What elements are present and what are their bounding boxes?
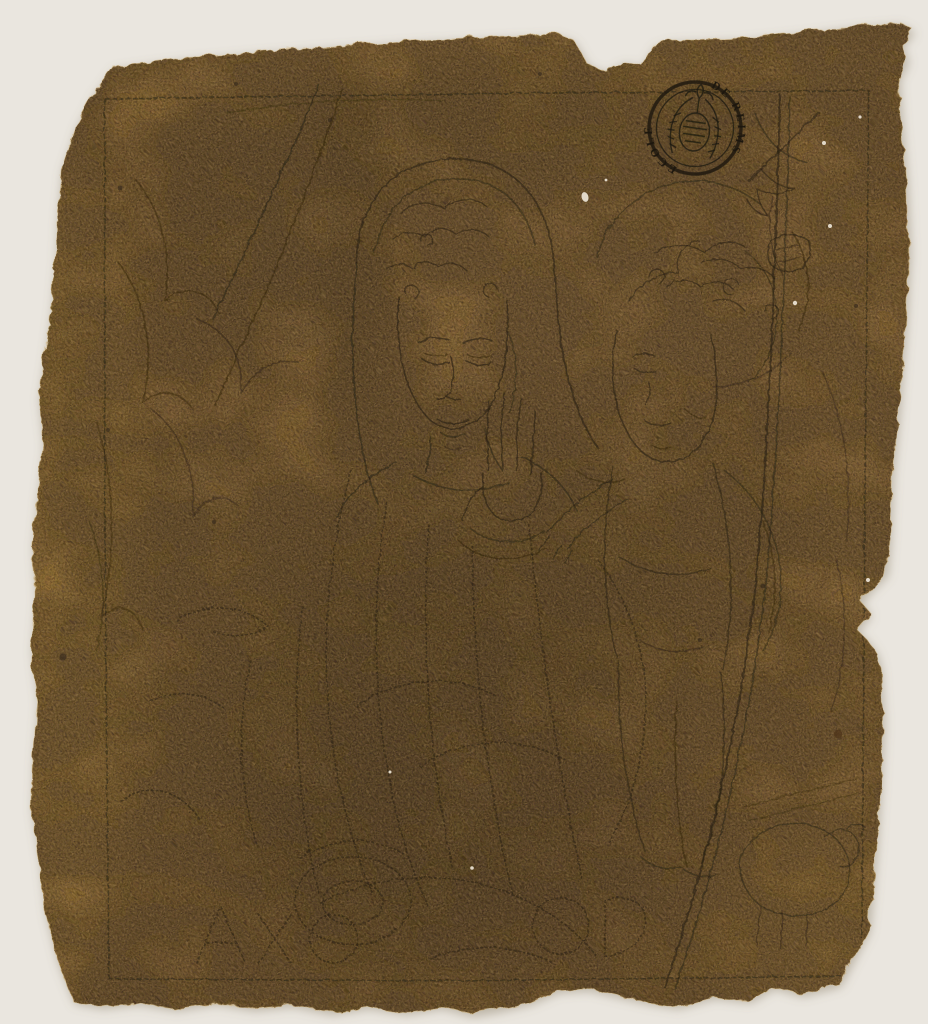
artwork-scan: ECOLE DE REIMS	[0, 0, 928, 1024]
paper-sheet	[0, 12, 928, 1020]
paper-mottling	[0, 12, 928, 1020]
screenshot-root: ECOLE DE REIMS	[0, 0, 928, 1024]
